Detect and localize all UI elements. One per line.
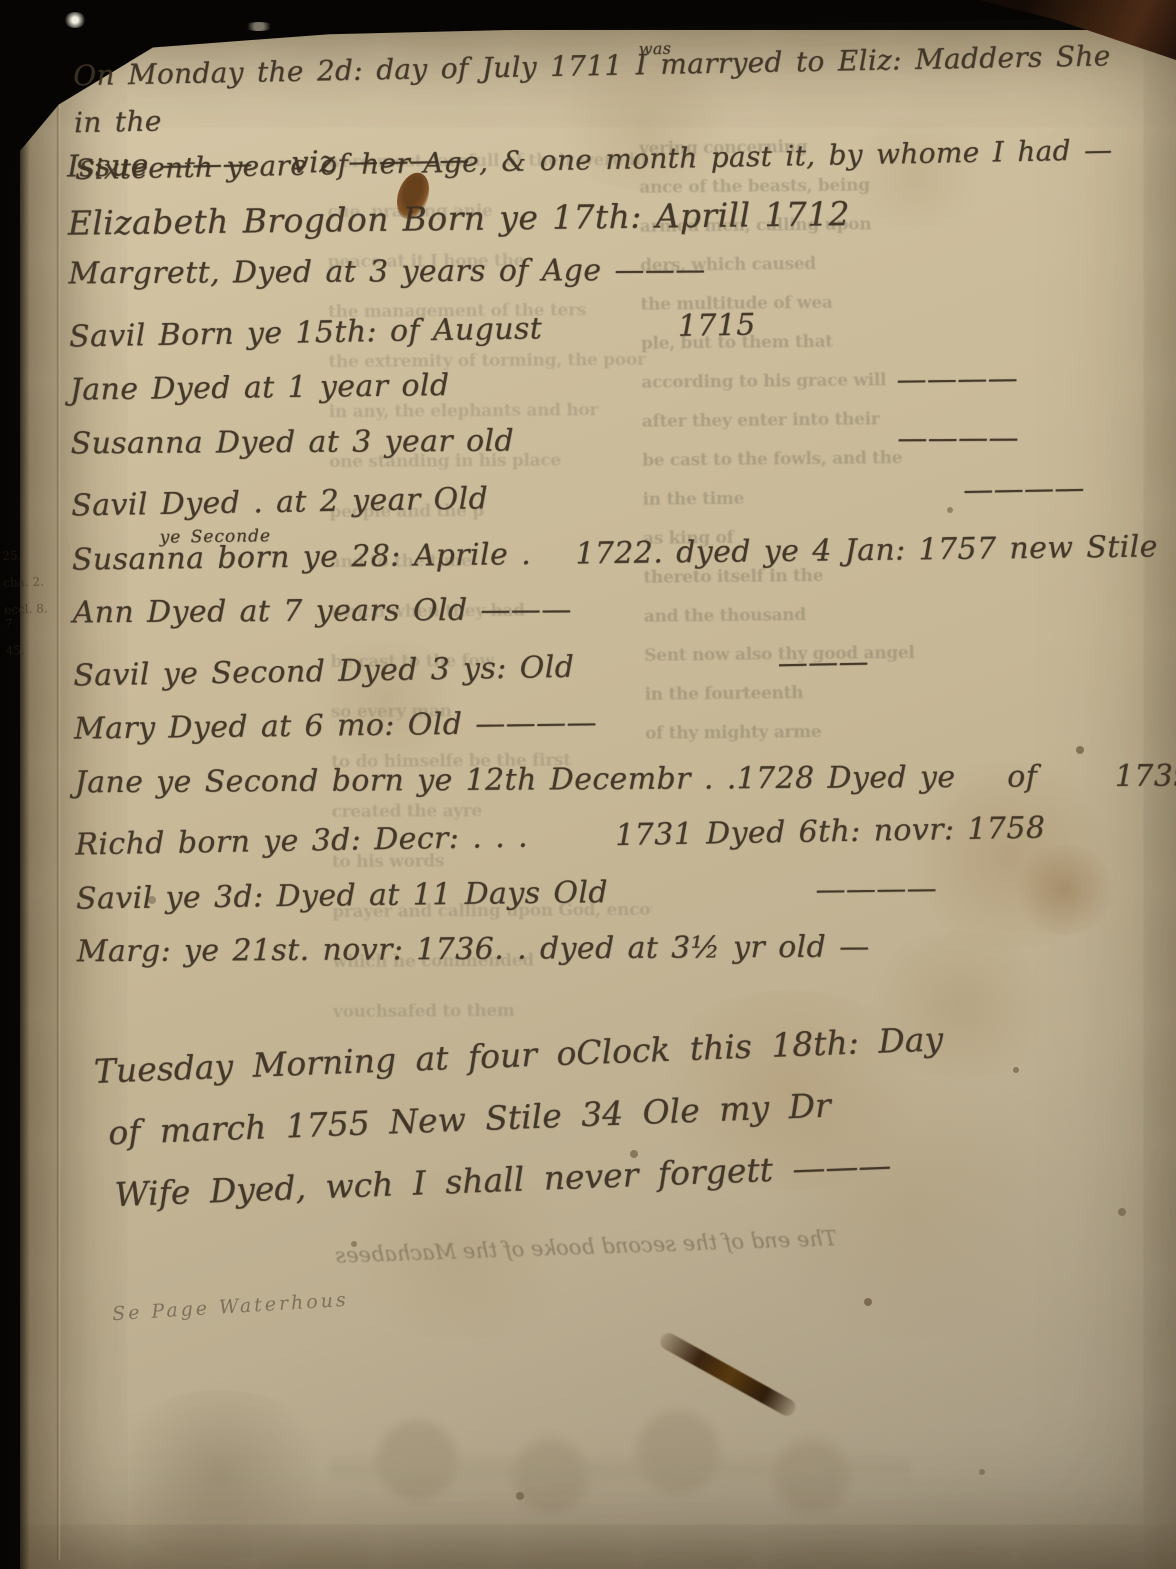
faint-margin-references: 25.cha. 2.eccl. 8. 745. (2, 547, 58, 658)
margin-reference: 25. (2, 547, 54, 563)
entry-gap (850, 221, 1158, 225)
entry-text: Savil Born ye 15th: of August (69, 311, 543, 354)
register-entry: Elizabeth Brogdon Born ye 17th: Aprill 1… (68, 190, 1159, 260)
entry-date-text: 1728 Dyed ye of 1739 (736, 758, 1176, 796)
faint-woodcut-ornament (330, 1388, 910, 1548)
entry-gap (608, 899, 816, 902)
entry-text: Mary Dyed at 6 mo: Old ———— (74, 705, 597, 746)
entry-gap (470, 158, 1157, 170)
entry-date-text: 1715 (677, 307, 756, 343)
register-entries: Issue ——— viz ————Elizabeth Brogdon Born… (67, 133, 1167, 994)
fox-specks (0, 0, 4, 4)
entry-text: Marg: ye 21st. novr: 1736. . dyed at 3½ … (77, 929, 870, 969)
entry-text: Margrett, Dyed at 3 years of Age ——— (68, 252, 705, 291)
margin-reference: eccl. 8. 7 (4, 601, 57, 631)
entry-text: Jane Dyed at 1 year old (70, 368, 450, 408)
entry-text: Savil ye 3d: Dyed at 11 Days Old (76, 875, 608, 916)
entry-gap (531, 563, 575, 564)
register-entry: Jane Dyed at 1 year old———— (70, 359, 1161, 429)
margin-reference: 45. (5, 642, 57, 658)
entry-date-text: 1731 Dyed 6th: novr: 1758 (615, 811, 1046, 854)
entry-date-text: ———— (963, 471, 1085, 508)
entry-gap (706, 277, 1159, 280)
entry-date-text: ———— (815, 871, 937, 907)
entry-date-text: ——— (777, 644, 869, 681)
entry-text: Savil ye Second Dyed 3 ys: Old (73, 649, 575, 693)
entry-gap (572, 616, 1163, 620)
entry-text: Richd born ye 3d: Decr: . . . (75, 820, 528, 863)
page-edges-bottom-left (0, 1139, 40, 1569)
entry-text: Susanna born ye 28: Aprile . (72, 537, 532, 578)
entry-gap (528, 845, 615, 847)
binding-highlight-2 (244, 22, 274, 31)
entry-gap (542, 335, 678, 337)
entry-text: Savil Dyed . at 2 year Old (71, 481, 489, 523)
entry-date-text: 1722. dyed ye 4 Jan: 1757 new Stile (575, 529, 1158, 571)
entry-text: Elizabeth Brogdon Born ye 17th: Aprill 1… (68, 194, 851, 243)
register-entry: ye SecondeSusanna born ye 28: Aprile .17… (72, 529, 1163, 599)
interlinear-insertion: ye Seconde (160, 526, 272, 547)
entry-gap (870, 955, 1167, 957)
margin-reference: cha. 2. (3, 574, 55, 590)
entry-date-text: ———— (897, 420, 1019, 456)
entry-text: Susanna Dyed at 3 year old (70, 423, 514, 461)
wife-death-note: Tuesday Morning at four oClock this 18th… (93, 1003, 1079, 1226)
page-crease (56, 40, 61, 1560)
entry-text: Issue ——— viz ———— (67, 143, 470, 185)
register-entry: Savil ye 3d: Dyed at 11 Days Old———— (76, 868, 1167, 938)
entry-gap (597, 725, 1164, 732)
entry-text: Ann Dyed at 7 years Old ——— (73, 592, 572, 630)
entry-date-text: ———— (896, 361, 1018, 397)
entry-gap (514, 448, 897, 450)
entry-gap (450, 390, 897, 395)
register-entry: Marg: ye 21st. novr: 1736. . dyed at 3½ … (77, 928, 1167, 991)
entry-text: Jane ye Second born ye 12th Decembr . . (75, 761, 737, 800)
entry-gap (488, 500, 963, 508)
entry-gap (574, 673, 777, 677)
binding-highlight (64, 12, 86, 28)
book-page-photo: were most carefull of their were incue, … (0, 0, 1176, 1569)
register-entry: Mary Dyed at 6 mo: Old ———— (74, 698, 1165, 768)
inserted-word: was (638, 25, 671, 73)
